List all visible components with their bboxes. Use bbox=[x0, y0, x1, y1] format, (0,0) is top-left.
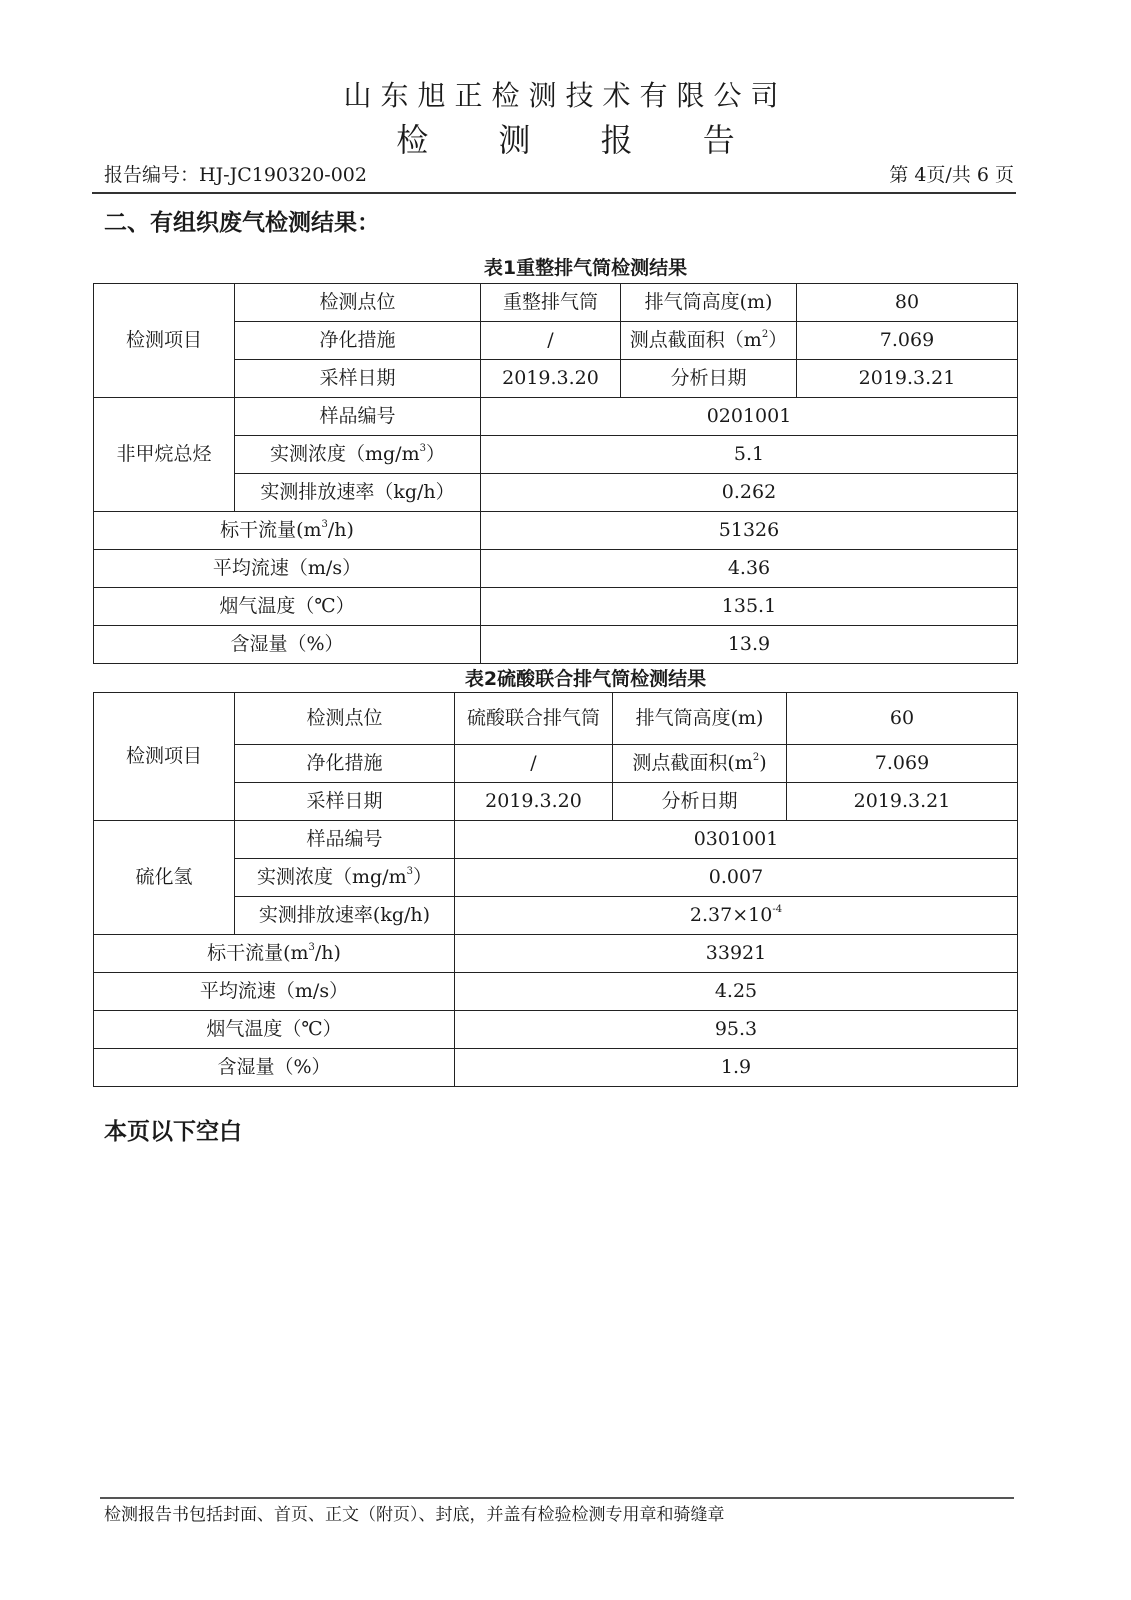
sample-date-label: 采样日期 bbox=[235, 783, 455, 821]
table-row: 标干流量(m3/h) 51326 bbox=[94, 512, 1018, 550]
table-row: 平均流速（m/s） 4.36 bbox=[94, 550, 1018, 588]
rate-value: 0.262 bbox=[481, 474, 1018, 512]
height-value: 60 bbox=[787, 693, 1018, 745]
purify-label: 净化措施 bbox=[235, 745, 455, 783]
temp-value: 95.3 bbox=[455, 1011, 1018, 1049]
sample-date-label: 采样日期 bbox=[235, 360, 481, 398]
area-value: 7.069 bbox=[787, 745, 1018, 783]
conc-value: 0.007 bbox=[455, 859, 1018, 897]
moisture-value: 1.9 bbox=[455, 1049, 1018, 1087]
analysis-date-label: 分析日期 bbox=[621, 360, 797, 398]
header-divider bbox=[92, 192, 1016, 194]
blank-below-note: 本页以下空白 bbox=[104, 1117, 242, 1147]
height-label: 排气筒高度(m) bbox=[613, 693, 787, 745]
point-label: 检测点位 bbox=[235, 284, 481, 322]
temp-label: 烟气温度（℃） bbox=[94, 1011, 455, 1049]
flow-value: 51326 bbox=[481, 512, 1018, 550]
analysis-date-label: 分析日期 bbox=[613, 783, 787, 821]
moisture-label: 含湿量（%） bbox=[94, 1049, 455, 1087]
analysis-date-value: 2019.3.21 bbox=[797, 360, 1018, 398]
moisture-value: 13.9 bbox=[481, 626, 1018, 664]
temp-value: 135.1 bbox=[481, 588, 1018, 626]
report-number: 报告编号：HJ-JC190320-002 bbox=[104, 162, 367, 188]
flow-value: 33921 bbox=[455, 935, 1018, 973]
sample-date-value: 2019.3.20 bbox=[455, 783, 613, 821]
rate-label: 实测排放速率（kg/h） bbox=[235, 474, 481, 512]
footer-divider bbox=[100, 1497, 1014, 1499]
sample-date-value: 2019.3.20 bbox=[481, 360, 621, 398]
table-row: 含湿量（%） 1.9 bbox=[94, 1049, 1018, 1087]
rate-value: 2.37×10-4 bbox=[455, 897, 1018, 935]
point-value: 重整排气筒 bbox=[481, 284, 621, 322]
velocity-label: 平均流速（m/s） bbox=[94, 550, 481, 588]
point-label: 检测点位 bbox=[235, 693, 455, 745]
purify-value: / bbox=[455, 745, 613, 783]
point-value: 硫酸联合排气筒 bbox=[455, 693, 613, 745]
area-label: 测点截面积(m2) bbox=[613, 745, 787, 783]
table2-caption: 表2硫酸联合排气筒检测结果 bbox=[0, 667, 1131, 691]
footer-note: 检测报告书包括封面、首页、正文（附页）、封底，并盖有检验检测专用章和骑缝章 bbox=[104, 1504, 725, 1526]
conc-label: 实测浓度（mg/m3） bbox=[235, 859, 455, 897]
table-row: 标干流量(m3/h) 33921 bbox=[94, 935, 1018, 973]
flow-label: 标干流量(m3/h) bbox=[94, 935, 455, 973]
area-value: 7.069 bbox=[797, 322, 1018, 360]
table-row: 含湿量（%） 13.9 bbox=[94, 626, 1018, 664]
conc-value: 5.1 bbox=[481, 436, 1018, 474]
flow-label: 标干流量(m3/h) bbox=[94, 512, 481, 550]
table-row: 检测项目 检测点位 重整排气筒 排气筒高度(m) 80 bbox=[94, 284, 1018, 322]
table-row: 烟气温度（℃） 135.1 bbox=[94, 588, 1018, 626]
height-label: 排气筒高度(m) bbox=[621, 284, 797, 322]
pollutant-label: 非甲烷总烃 bbox=[94, 398, 235, 512]
temp-label: 烟气温度（℃） bbox=[94, 588, 481, 626]
group-label: 检测项目 bbox=[94, 693, 235, 821]
table-row: 硫化氢 样品编号 0301001 bbox=[94, 821, 1018, 859]
sample-no-value: 0301001 bbox=[455, 821, 1018, 859]
velocity-value: 4.25 bbox=[455, 973, 1018, 1011]
page-indicator: 第 4页/共 6 页 bbox=[889, 162, 1014, 188]
height-value: 80 bbox=[797, 284, 1018, 322]
company-name: 山东旭正检测技术有限公司 bbox=[0, 78, 1131, 114]
velocity-label: 平均流速（m/s） bbox=[94, 973, 455, 1011]
sample-no-value: 0201001 bbox=[481, 398, 1018, 436]
pollutant-label: 硫化氢 bbox=[94, 821, 235, 935]
document-title: 检 测 报 告 bbox=[0, 120, 1131, 160]
purify-value: / bbox=[481, 322, 621, 360]
table-row: 检测项目 检测点位 硫酸联合排气筒 排气筒高度(m) 60 bbox=[94, 693, 1018, 745]
table-row: 非甲烷总烃 样品编号 0201001 bbox=[94, 398, 1018, 436]
area-label: 测点截面积（m2） bbox=[621, 322, 797, 360]
table1: 检测项目 检测点位 重整排气筒 排气筒高度(m) 80 净化措施 / 测点截面积… bbox=[93, 283, 1018, 664]
table-row: 平均流速（m/s） 4.25 bbox=[94, 973, 1018, 1011]
sample-no-label: 样品编号 bbox=[235, 398, 481, 436]
conc-label: 实测浓度（mg/m3） bbox=[235, 436, 481, 474]
group-label: 检测项目 bbox=[94, 284, 235, 398]
sample-no-label: 样品编号 bbox=[235, 821, 455, 859]
moisture-label: 含湿量（%） bbox=[94, 626, 481, 664]
velocity-value: 4.36 bbox=[481, 550, 1018, 588]
purify-label: 净化措施 bbox=[235, 322, 481, 360]
section-title: 二、有组织废气检测结果： bbox=[104, 208, 380, 238]
analysis-date-value: 2019.3.21 bbox=[787, 783, 1018, 821]
table1-caption: 表1重整排气筒检测结果 bbox=[0, 256, 1131, 280]
table2: 检测项目 检测点位 硫酸联合排气筒 排气筒高度(m) 60 净化措施 / 测点截… bbox=[93, 692, 1018, 1087]
rate-label: 实测排放速率(kg/h) bbox=[235, 897, 455, 935]
table-row: 烟气温度（℃） 95.3 bbox=[94, 1011, 1018, 1049]
